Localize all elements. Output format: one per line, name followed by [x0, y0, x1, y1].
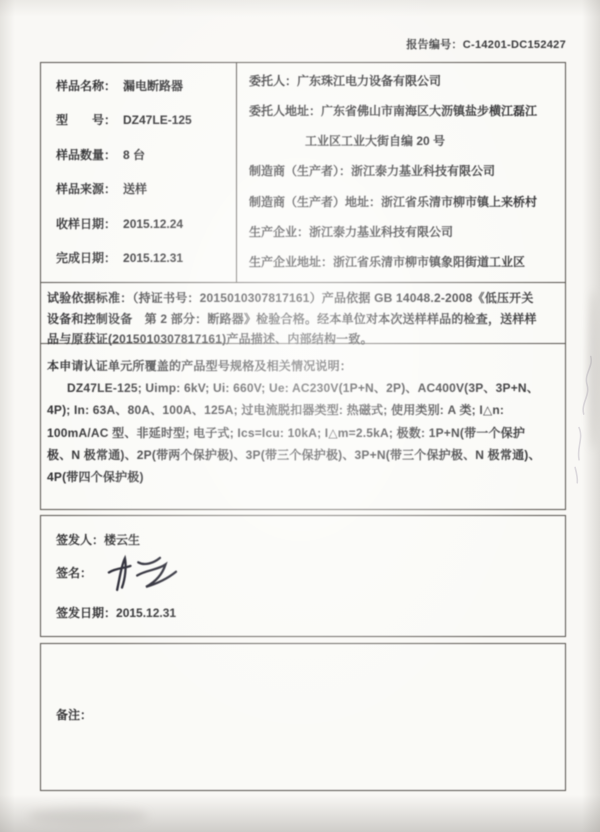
issuer-name: 楼云生 [104, 533, 140, 547]
signature-row: 签名： [56, 564, 92, 581]
sample-quantity-value: 8 台 [123, 148, 145, 162]
unit-line-1: DZ47LE-125; Uimp: 6kV; Ui: 660V; Ue: AC2… [47, 377, 559, 399]
model-number-label: 型 号： [56, 113, 116, 127]
producer-line: 生产企业：浙江泰力基业科技有限公司 [249, 223, 557, 240]
unit-line-5: 4P(带四个保护极) [47, 466, 559, 488]
signature-label: 签名： [56, 566, 92, 580]
unit-coverage-heading: 本申请认证单元所覆盖的产品型号规格及相关情况说明： [47, 355, 559, 377]
sample-source-row: 样品来源：送样 [56, 180, 230, 197]
client-address-line-1: 委托人地址：广东省佛山市南海区大沥镇盐步横江磊江 [249, 102, 557, 119]
unit-coverage-section: 本申请认证单元所覆盖的产品型号规格及相关情况说明： DZ47LE-125; Ui… [40, 343, 566, 510]
sample-source-label: 样品来源： [56, 182, 116, 196]
standard-basis-section: 试验依据标准：（持证书号：2015010307817161）产品依据 GB 14… [40, 282, 566, 344]
standard-line-2: 设备和控制设备 第 2 部分：断路器》检验合格。经本单位对本次送样样品的检查，送… [47, 309, 559, 330]
sample-name-row: 样品名称：漏电断路器 [56, 77, 230, 94]
remarks-label: 备注： [56, 706, 92, 723]
remarks-section: 备注： [40, 643, 566, 791]
model-number-row: 型 号：DZ47LE-125 [56, 111, 230, 128]
finish-date-label: 完成日期： [56, 251, 116, 265]
scan-smudge-right [588, 290, 598, 450]
signature-section: 签发人：楼云生 签名： 签发日期：2015.12.31 [40, 515, 566, 637]
model-number-value: DZ47LE-125 [123, 113, 192, 127]
scanned-report-page: 报告编号：C-14201-DC152427 样品名称：漏电断路器 型 号：DZ4… [0, 0, 600, 832]
issuer-label: 签发人： [56, 533, 104, 547]
sample-source-value: 送样 [123, 182, 147, 196]
unit-line-2: 4P); In: 63A、80A、100A、125A; 过电流脱扣器类型: 热磁… [47, 399, 559, 421]
sample-and-parties-section: 样品名称：漏电断路器 型 号：DZ47LE-125 样品数量：8 台 样品来源：… [40, 62, 566, 283]
sample-quantity-label: 样品数量： [56, 148, 116, 162]
unit-line-3: 100mA/AC 型、非延时型; 电子式; Ics=Icu: 10kA; I△m… [47, 422, 559, 444]
producer-address-line: 生产企业地址：浙江省乐清市柳市镇象阳街道工业区 [249, 253, 557, 270]
standard-line-1: 试验依据标准：（持证书号：2015010307817161）产品依据 GB 14… [47, 288, 559, 309]
report-table: 样品名称：漏电断路器 型 号：DZ47LE-125 样品数量：8 台 样品来源：… [40, 62, 566, 791]
handwritten-signature [102, 547, 185, 598]
unit-line-4: 极、N 极常通)、2P(带两个保护极)、3P(带三个保护极)、3P+N(带三个保… [47, 444, 559, 466]
receive-date-value: 2015.12.24 [123, 217, 183, 231]
client-address-line-2: 工业区工业大街自编 20 号 [249, 132, 557, 149]
sample-quantity-row: 样品数量：8 台 [56, 146, 230, 163]
issue-date-value: 2015.12.31 [116, 606, 176, 620]
report-number-label: 报告编号： [406, 39, 463, 51]
finish-date-value: 2015.12.31 [123, 251, 183, 265]
sample-info-column: 样品名称：漏电断路器 型 号：DZ47LE-125 样品数量：8 台 样品来源：… [41, 63, 237, 282]
receive-date-row: 收样日期：2015.12.24 [56, 215, 230, 232]
issue-date-label: 签发日期： [56, 606, 116, 620]
report-number: 报告编号：C-14201-DC152427 [406, 36, 566, 52]
manufacturer-address-line: 制造商（生产者）地址：浙江省乐清市柳市镇上来桥村 [249, 193, 557, 210]
issue-date-row: 签发日期：2015.12.31 [56, 604, 176, 621]
report-number-value: C-14201-DC152427 [463, 39, 566, 51]
client-line: 委托人：广东珠江电力设备有限公司 [249, 72, 557, 89]
issuer-row: 签发人：楼云生 [56, 531, 140, 548]
parties-column: 委托人：广东珠江电力设备有限公司 委托人地址：广东省佛山市南海区大沥镇盐步横江磊… [237, 63, 565, 282]
manufacturer-line: 制造商（生产者）：浙江泰力基业科技有限公司 [249, 162, 557, 179]
sample-name-label: 样品名称： [56, 79, 116, 93]
sample-name-value: 漏电断路器 [123, 79, 183, 93]
scan-smudge-bottom [28, 808, 148, 824]
finish-date-row: 完成日期：2015.12.31 [56, 249, 230, 266]
receive-date-label: 收样日期： [56, 217, 116, 231]
